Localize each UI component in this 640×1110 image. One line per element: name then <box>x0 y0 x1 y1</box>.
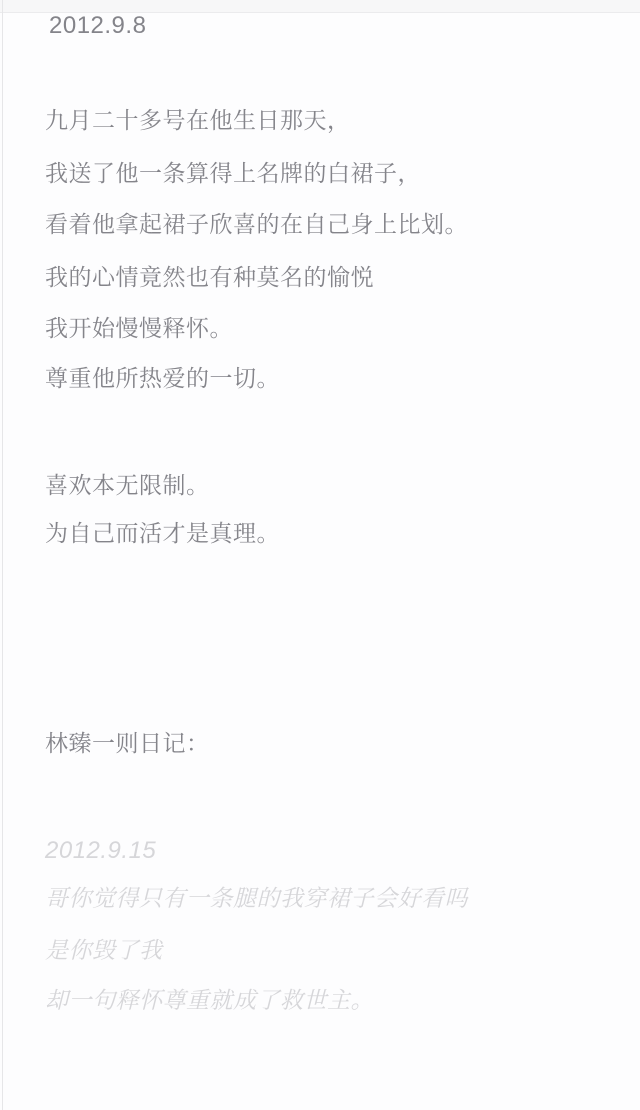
quoted-diary-line: 是你毁了我 <box>45 937 163 963</box>
quoted-diary-line: 却一句释怀尊重就成了救世主。 <box>45 987 374 1013</box>
diary-line: 尊重他所热爱的一切。 <box>45 365 280 391</box>
entry-date: 2012.9.8 <box>49 12 146 40</box>
diary-line: 我送了他一条算得上名牌的白裙子， <box>45 160 421 186</box>
diary-line: 我开始慢慢释怀。 <box>45 315 233 341</box>
diary-line: 九月二十多号在他生日那天， <box>45 107 351 133</box>
quoted-diary-line: 哥你觉得只有一条腿的我穿裙子会好看吗 <box>45 885 468 911</box>
quoted-entry-date: 2012.9.15 <box>45 837 156 865</box>
diary-line: 为自己而活才是真理。 <box>45 520 280 546</box>
diary-line: 我的心情竟然也有种莫名的愉悦 <box>45 264 374 290</box>
left-edge-rule <box>2 0 3 1110</box>
diary-line: 看着他拿起裙子欣喜的在自己身上比划。 <box>45 211 468 237</box>
quote-caption: 林臻一则日记： <box>45 730 210 756</box>
diary-line: 喜欢本无限制。 <box>45 472 210 498</box>
diary-page: 2012.9.8 九月二十多号在他生日那天， 我送了他一条算得上名牌的白裙子， … <box>0 0 640 1110</box>
